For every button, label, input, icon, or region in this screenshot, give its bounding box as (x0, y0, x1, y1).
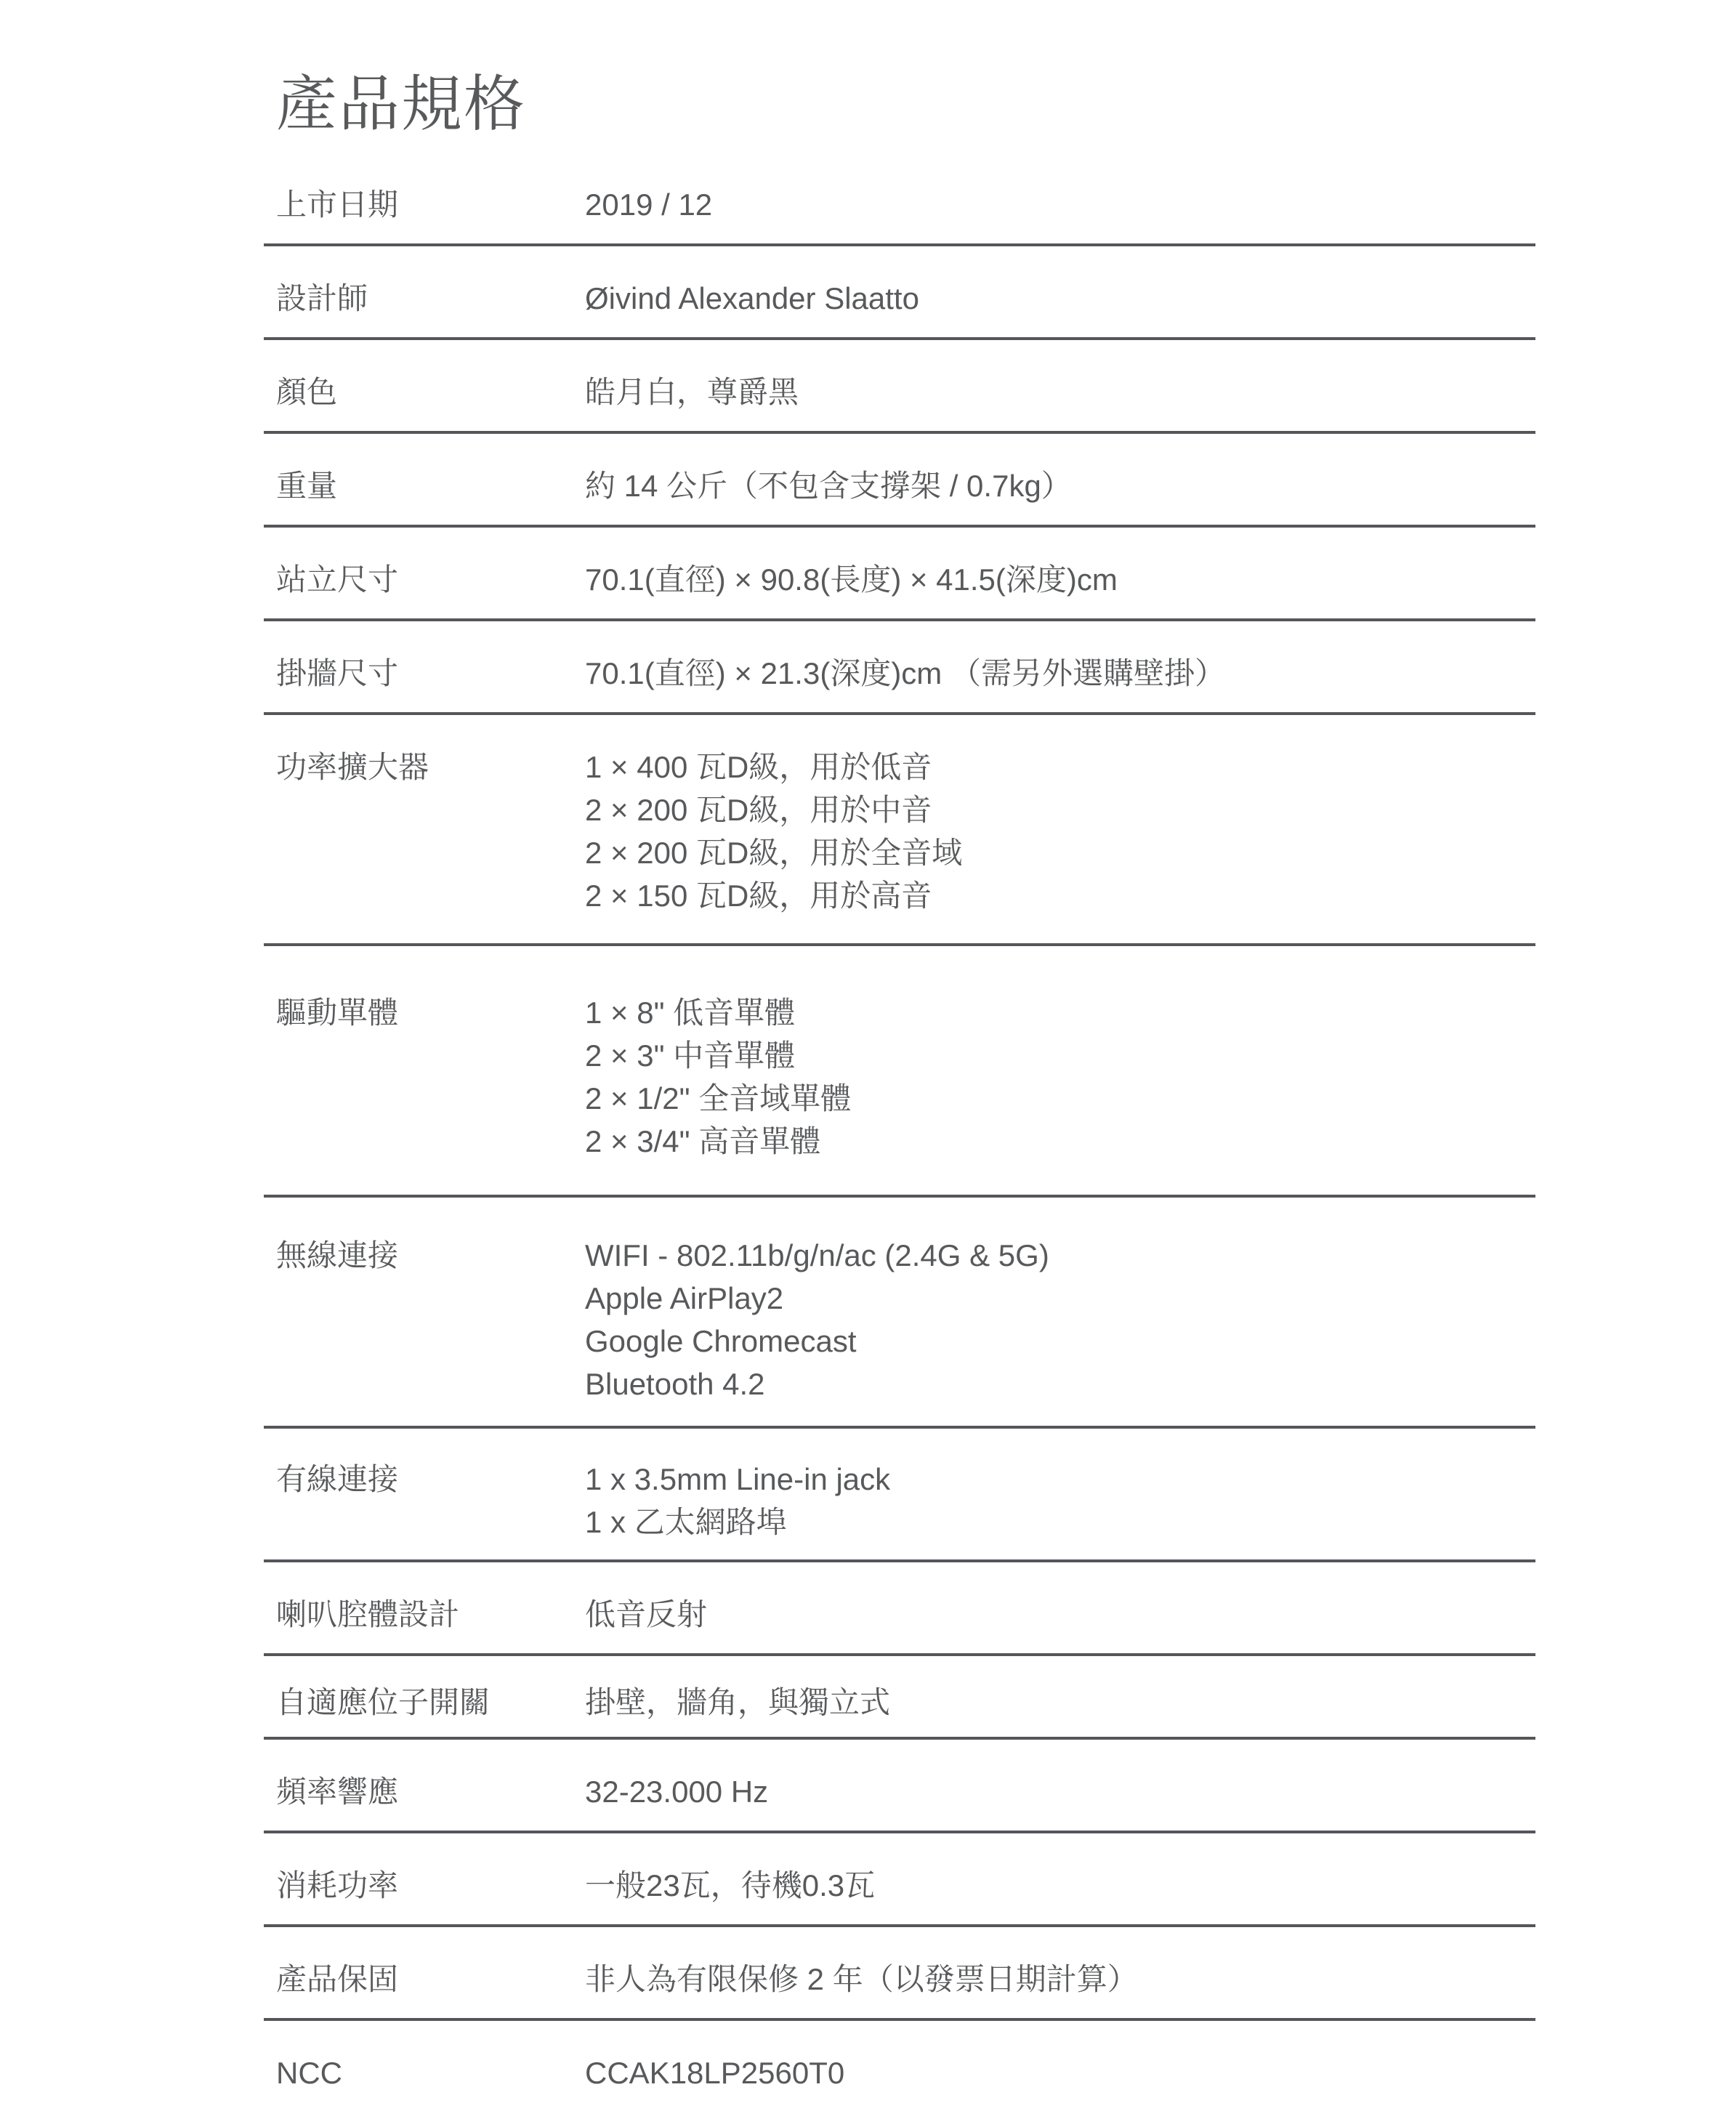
spec-row: 重量 約 14 公斤（不包含支撐架 / 0.7kg） (264, 434, 1535, 528)
spec-row: 自適應位子開關 掛壁，牆角，與獨立式 (264, 1656, 1535, 1740)
spec-value: Øivind Alexander Slaatto (585, 277, 1535, 320)
spec-row: 消耗功率 一般23瓦，待機0.3瓦 (264, 1833, 1535, 1927)
spec-value-line: 非人為有限保修 2 年（以發票日期計算） (585, 1958, 1535, 2001)
spec-value: 2019 / 12 (585, 183, 1535, 226)
spec-value-line: 1 x 乙太網路埠 (585, 1501, 1535, 1543)
spec-value: 1 × 8" 低音單體2 × 3" 中音單體2 × 1/2" 全音域單體2 × … (585, 991, 1535, 1163)
spec-label: 掛牆尺寸 (276, 652, 585, 695)
spec-value-line: 2 × 3" 中音單體 (585, 1034, 1535, 1077)
spec-label: 頻率響應 (276, 1770, 585, 1813)
spec-row: 頻率響應 32-23.000 Hz (264, 1740, 1535, 1833)
spec-value: 1 x 3.5mm Line-in jack1 x 乙太網路埠 (585, 1458, 1535, 1543)
spec-row: NCC CCAK18LP2560T0 (264, 2021, 1535, 2112)
spec-value-line: Bluetooth 4.2 (585, 1363, 1535, 1405)
spec-value-line: 2 × 1/2" 全音域單體 (585, 1077, 1535, 1120)
spec-value-line: 1 x 3.5mm Line-in jack (585, 1458, 1535, 1501)
spec-value: 70.1(直徑) × 21.3(深度)cm （需另外選購壁掛） (585, 652, 1535, 695)
spec-row: 設計師 Øivind Alexander Slaatto (264, 246, 1535, 340)
spec-value-line: Apple AirPlay2 (585, 1277, 1535, 1320)
spec-row: 顏色 皓月白，尊爵黑 (264, 340, 1535, 434)
spec-value-line: 2 × 3/4" 高音單體 (585, 1120, 1535, 1163)
spec-label: 自適應位子開關 (276, 1681, 585, 1724)
spec-value: 1 × 400 瓦D級，用於低音2 × 200 瓦D級，用於中音2 × 200 … (585, 746, 1535, 917)
spec-value-line: 2 × 150 瓦D級，用於高音 (585, 874, 1535, 917)
spec-value: 一般23瓦，待機0.3瓦 (585, 1864, 1535, 1907)
spec-table: 上市日期 2019 / 12 設計師 Øivind Alexander Slaa… (264, 153, 1535, 2112)
spec-value: 70.1(直徑) × 90.8(長度) × 41.5(深度)cm (585, 558, 1535, 601)
spec-label: 無線連接 (276, 1234, 585, 1277)
spec-value-line: 70.1(直徑) × 21.3(深度)cm （需另外選購壁掛） (585, 652, 1535, 695)
spec-row: 功率擴大器 1 × 400 瓦D級，用於低音2 × 200 瓦D級，用於中音2 … (264, 715, 1535, 946)
spec-label: 有線連接 (276, 1458, 585, 1501)
page-title: 產品規格 (276, 70, 1736, 138)
spec-label: 上市日期 (276, 183, 585, 226)
spec-value-line: 1 × 400 瓦D級，用於低音 (585, 746, 1535, 788)
spec-row: 有線連接 1 x 3.5mm Line-in jack1 x 乙太網路埠 (264, 1429, 1535, 1562)
spec-row: 站立尺寸 70.1(直徑) × 90.8(長度) × 41.5(深度)cm (264, 528, 1535, 621)
spec-value-line: 2019 / 12 (585, 183, 1535, 226)
spec-value-line: 低音反射 (585, 1593, 1535, 1636)
spec-sheet-page: 產品規格 上市日期 2019 / 12 設計師 Øivind Alexander… (0, 0, 1736, 2112)
spec-value-line: 皓月白，尊爵黑 (585, 371, 1535, 413)
spec-row: 喇叭腔體設計 低音反射 (264, 1562, 1535, 1656)
spec-value-line: Google Chromecast (585, 1320, 1535, 1363)
spec-label: 站立尺寸 (276, 558, 585, 601)
spec-value: 約 14 公斤（不包含支撐架 / 0.7kg） (585, 464, 1535, 507)
spec-value: CCAK18LP2560T0 (585, 2051, 1535, 2094)
spec-row: 上市日期 2019 / 12 (264, 153, 1535, 246)
spec-row: 無線連接 WIFI - 802.11b/g/n/ac (2.4G & 5G)Ap… (264, 1198, 1535, 1429)
spec-value-line: 掛壁，牆角，與獨立式 (585, 1681, 1535, 1724)
spec-value-line: CCAK18LP2560T0 (585, 2051, 1535, 2094)
spec-label: 顏色 (276, 371, 585, 413)
spec-label: 驅動單體 (276, 991, 585, 1034)
spec-value-line: 一般23瓦，待機0.3瓦 (585, 1864, 1535, 1907)
spec-value-line: 32-23.000 Hz (585, 1770, 1535, 1813)
spec-value-line: 1 × 8" 低音單體 (585, 991, 1535, 1034)
spec-value-line: 約 14 公斤（不包含支撐架 / 0.7kg） (585, 464, 1535, 507)
spec-label: 設計師 (276, 277, 585, 320)
spec-value: 皓月白，尊爵黑 (585, 371, 1535, 413)
spec-value-line: Øivind Alexander Slaatto (585, 277, 1535, 320)
spec-row: 產品保固 非人為有限保修 2 年（以發票日期計算） (264, 1927, 1535, 2021)
spec-row: 掛牆尺寸 70.1(直徑) × 21.3(深度)cm （需另外選購壁掛） (264, 621, 1535, 715)
spec-label: NCC (276, 2051, 585, 2094)
spec-row: 驅動單體 1 × 8" 低音單體2 × 3" 中音單體2 × 1/2" 全音域單… (264, 946, 1535, 1198)
spec-label: 喇叭腔體設計 (276, 1593, 585, 1636)
spec-label: 消耗功率 (276, 1864, 585, 1907)
spec-label: 功率擴大器 (276, 746, 585, 788)
spec-value-line: 2 × 200 瓦D級，用於全音域 (585, 831, 1535, 874)
spec-value: 非人為有限保修 2 年（以發票日期計算） (585, 1958, 1535, 2001)
spec-value-line: 70.1(直徑) × 90.8(長度) × 41.5(深度)cm (585, 558, 1535, 601)
spec-value-line: WIFI - 802.11b/g/n/ac (2.4G & 5G) (585, 1234, 1535, 1277)
spec-value-line: 2 × 200 瓦D級，用於中音 (585, 788, 1535, 831)
spec-label: 產品保固 (276, 1958, 585, 2001)
spec-value: 32-23.000 Hz (585, 1770, 1535, 1813)
spec-label: 重量 (276, 464, 585, 507)
spec-value: WIFI - 802.11b/g/n/ac (2.4G & 5G)Apple A… (585, 1234, 1535, 1405)
spec-value: 掛壁，牆角，與獨立式 (585, 1681, 1535, 1724)
spec-value: 低音反射 (585, 1593, 1535, 1636)
